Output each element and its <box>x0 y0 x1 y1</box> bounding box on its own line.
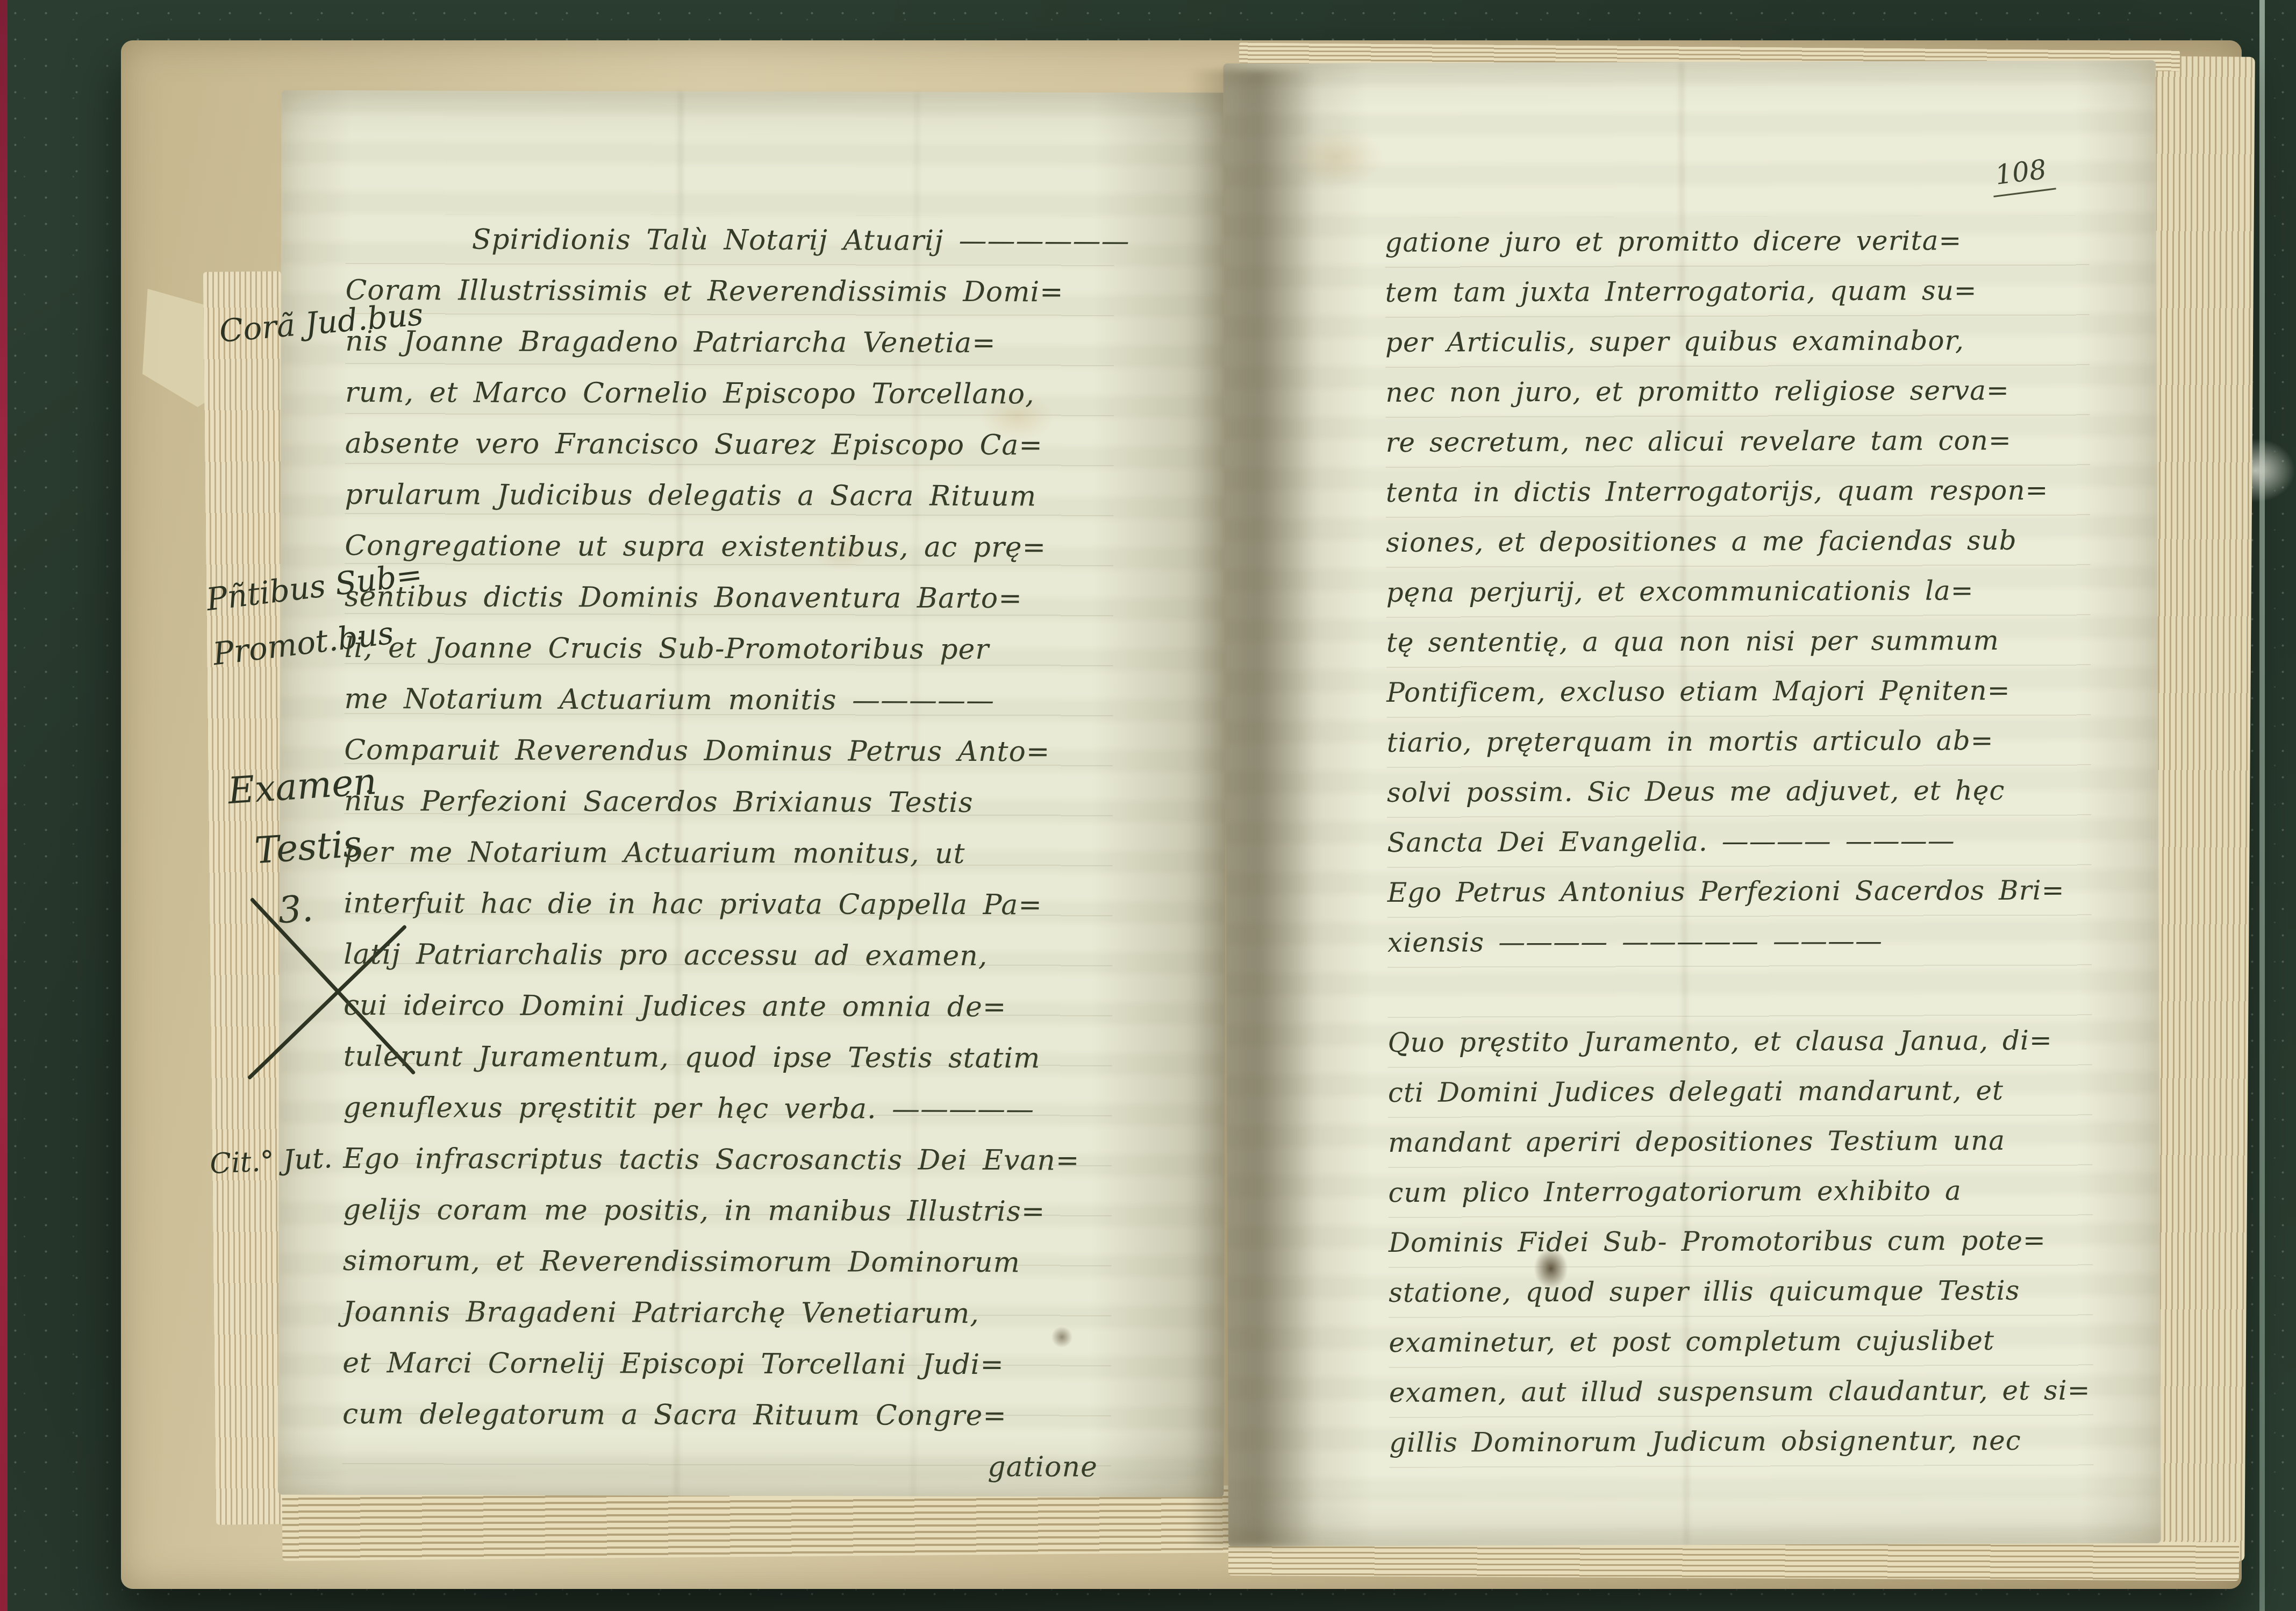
hanging-cord <box>2259 0 2265 1611</box>
manuscript-line: Coram Illustrissimis et Reverendissimis … <box>345 265 1114 318</box>
manuscript-line: nis Joanne Bragadeno Patriarcha Venetia= <box>345 316 1114 369</box>
manuscript-line: me Notarium Actuarium monitis ————— <box>344 674 1113 727</box>
manuscript-line: Dominis Fidei Sub- Promotoribus cum pote… <box>1389 1215 2093 1268</box>
manuscript-line: tę sententię, a qua non nisi per summum <box>1386 615 2091 668</box>
manuscript-line: solvi possim. Sic Deus me adjuvet, et hę… <box>1387 765 2091 818</box>
manuscript-line: gatione juro et promitto dicere verita= <box>1385 215 2089 268</box>
manuscript-line: Quo pręstito Juramento, et clausa Janua,… <box>1387 1015 2092 1068</box>
margin-note-line: Cit.° Jut. <box>209 1142 333 1180</box>
manuscript-line: latij Patriarchalis pro accessu ad exame… <box>344 929 1112 982</box>
manuscript-line: tem tam juxta Interrogatoria, quam su= <box>1385 265 2090 318</box>
manuscript-line: Congregatione ut supra existentibus, ac … <box>345 521 1113 574</box>
manuscript-line: pęna perjurij, et excommunicationis la= <box>1386 565 2090 618</box>
manuscript-line: Spiridionis Talù Notarij Atuarij —————— <box>346 214 1114 267</box>
manuscript-line: absente vero Francisco Suarez Episcopo C… <box>345 418 1114 472</box>
manuscript-line <box>1387 965 2092 1018</box>
page-number: 108 <box>1989 153 2056 197</box>
manuscript-line: nec non juro, et promitto religiose serv… <box>1385 365 2090 418</box>
manuscript-line: statione, quod super illis quicumque Tes… <box>1389 1265 2093 1318</box>
manuscript-line: gatione <box>342 1440 1111 1493</box>
manuscript-line: Joannis Bragadeni Patriarchę Venetiarum, <box>342 1287 1111 1340</box>
manuscript-line: li, et Joanne Crucis Sub-Promotoribus pe… <box>345 623 1113 676</box>
left-page: Corã Jud.bus Pñtibus Sub=Promot.bus Exam… <box>278 90 1228 1498</box>
manuscript-line: nius Perfezioni Sacerdos Brixianus Testi… <box>344 776 1113 829</box>
manuscript-line: interfuit hac die in hac privata Cappell… <box>344 878 1112 931</box>
manuscript-line: Ego Petrus Antonius Perfezioni Sacerdos … <box>1387 865 2091 918</box>
manuscript-line: prularum Judicibus delegatis a Sacra Rit… <box>345 469 1113 523</box>
manuscript-line: examen, aut illud suspensum claudantur, … <box>1389 1365 2093 1418</box>
left-page-text: Spiridionis Talù Notarij Atuarij ——————C… <box>342 214 1114 1493</box>
manuscript-line: rum, et Marco Cornelio Episcopo Torcella… <box>345 367 1114 420</box>
manuscript-line: siones, et depositiones a me faciendas s… <box>1386 515 2090 568</box>
manuscript-line: gillis Dominorum Judicum obsignentur, ne… <box>1389 1415 2093 1468</box>
open-manuscript-book: Corã Jud.bus Pñtibus Sub=Promot.bus Exam… <box>121 40 2242 1589</box>
manuscript-line: xiensis ———— ————— ———— <box>1387 915 2092 968</box>
manuscript-line: Comparuit Reverendus Dominus Petrus Anto… <box>344 725 1113 778</box>
manuscript-line: cum plico Interrogatoriorum exhibito a <box>1388 1165 2092 1218</box>
manuscript-line: mandant aperiri depositiones Testium una <box>1388 1115 2092 1168</box>
manuscript-line: Ego infrascriptus tactis Sacrosanctis De… <box>343 1134 1112 1187</box>
table-cloth-red-edge <box>0 0 8 1611</box>
manuscript-line: cui ideirco Domini Judices ante omnia de… <box>344 980 1112 1033</box>
right-page: 108 gatione juro et promitto dicere veri… <box>1223 60 2161 1546</box>
manuscript-line: Pontificem, excluso etiam Majori Pęniten… <box>1386 665 2091 718</box>
photo-background: { "document": { "kind": "17th-century La… <box>0 0 2296 1611</box>
manuscript-line: simorum, et Reverendissimorum Dominorum <box>343 1236 1112 1289</box>
manuscript-line: cum delegatorum a Sacra Rituum Congre= <box>342 1389 1111 1442</box>
manuscript-line: tenta in dictis Interrogatorijs, quam re… <box>1386 465 2090 518</box>
manuscript-line: Sancta Dei Evangelia. ———— ———— <box>1387 815 2091 868</box>
margin-note-cit-jut: Cit.° Jut. <box>209 1142 333 1180</box>
manuscript-line: gelijs coram me positis, in manibus Illu… <box>343 1185 1112 1238</box>
manuscript-line: per Articulis, super quibus examinabor, <box>1385 315 2090 368</box>
manuscript-line: per me Notarium Actuarium monitus, ut <box>344 827 1113 880</box>
manuscript-line: tulerunt Juramentum, quod ipse Testis st… <box>344 1031 1112 1085</box>
manuscript-line: tiario, pręterquam in mortis articulo ab… <box>1386 715 2091 768</box>
manuscript-line: genuflexus pręstitit per hęc verba. ————… <box>343 1082 1112 1136</box>
foxing-stain <box>1288 127 1385 187</box>
manuscript-line: et Marci Cornelij Episcopi Torcellani Ju… <box>342 1338 1111 1391</box>
manuscript-line: re secretum, nec alicui revelare tam con… <box>1385 415 2090 468</box>
manuscript-line: examinetur, et post completum cujuslibet <box>1389 1315 2093 1368</box>
right-page-text: gatione juro et promitto dicere verita=t… <box>1385 215 2093 1468</box>
manuscript-line: cti Domini Judices delegati mandarunt, e… <box>1388 1065 2092 1118</box>
manuscript-line: sentibus dictis Dominis Bonaventura Bart… <box>345 572 1113 625</box>
